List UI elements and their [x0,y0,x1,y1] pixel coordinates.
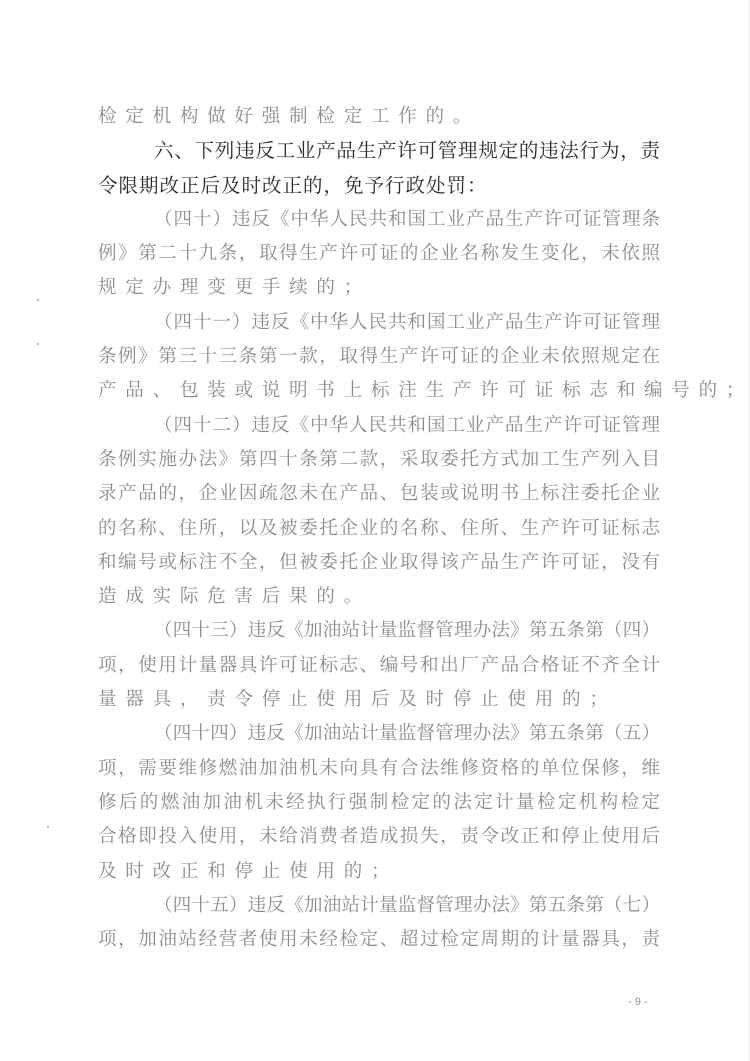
item-41-line: （四十一）违反《中华人民共和国工业产品生产许可证管理 [98,306,660,340]
scan-speck [37,299,39,301]
scan-speck [47,826,49,828]
section-heading-line: 令限期改正后及时改正的，免予行政处罚： [98,169,660,203]
item-43-line: 量器具，责令停止使用后及时停止使用的； [98,683,660,717]
item-45-line: （四十五）违反《加油站计量监督管理办法》第五条第（七） [98,889,660,923]
item-43-line: （四十三）违反《加油站计量监督管理办法》第五条第（四） [98,614,660,648]
item-44-line: 修后的燃油加油机未经执行强制检定的法定计量检定机构检定 [98,786,660,820]
section-heading-line: 六、下列违反工业产品生产许可管理规定的违法行为，责 [98,134,660,168]
item-44-line: 及时改正和停止使用的； [98,855,660,889]
item-44-line: 合格即投入使用，未给消费者造成损失，责令改正和停止使用后 [98,820,660,854]
item-42-line: （四十二）违反《中华人民共和国工业产品生产许可证管理 [98,409,660,443]
item-40-line: 规定办理变更手续的； [98,271,660,305]
item-45-line: 项，加油站经营者使用未经检定、超过检定周期的计量器具，责 [98,923,660,957]
item-42-line: 的名称、住所，以及被委托企业的名称、住所、生产许可证标志 [98,512,660,546]
item-41-line: 产品、包装或说明书上标注生产许可证标志和编号的； [98,374,660,408]
paragraph-line: 检定机构做好强制检定工作的。 [98,100,660,134]
document-body: 检定机构做好强制检定工作的。 六、下列违反工业产品生产许可管理规定的违法行为，责… [98,100,660,957]
page-number: - 9 - [628,996,648,1008]
item-42-line: 录产品的，企业因疏忽未在产品、包装或说明书上标注委托企业 [98,477,660,511]
scan-speck [37,343,39,345]
item-42-line: 造成实际危害后果的。 [98,580,660,614]
item-41-line: 条例》第三十三条第一款，取得生产许可证的企业未依照规定在 [98,340,660,374]
item-42-line: 和编号或标注不全，但被委托企业取得该产品生产许可证，没有 [98,546,660,580]
item-43-line: 项，使用计量器具许可证标志、编号和出厂产品合格证不齐全计 [98,649,660,683]
item-40-line: 例》第二十九条，取得生产许可证的企业名称发生变化，未依照 [98,237,660,271]
item-42-line: 条例实施办法》第四十条第二款，采取委托方式加工生产列入目 [98,443,660,477]
item-40-line: （四十）违反《中华人民共和国工业产品生产许可证管理条 [98,203,660,237]
item-44-line: 项，需要维修燃油加油机未向具有合法维修资格的单位保修，维 [98,752,660,786]
item-44-line: （四十四）违反《加油站计量监督管理办法》第五条第（五） [98,717,660,751]
